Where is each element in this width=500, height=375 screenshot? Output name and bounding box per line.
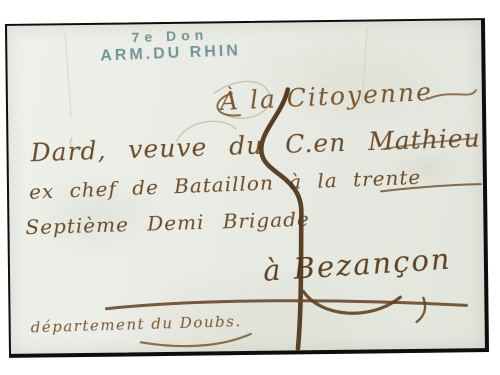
- bezancon-tail-loop: [303, 290, 400, 314]
- citoyenne-tail-swash: [428, 90, 476, 99]
- address-recipient-name: Dard, veuve du C.en Mathieu: [30, 123, 481, 167]
- military-handstamp: 7e Don ARM.DU RHIN: [55, 24, 286, 68]
- departement-underline-flourish: [141, 334, 251, 347]
- address-recipient-title-2: Septième Demi Brigade: [25, 207, 310, 239]
- letter-sheet: 7e Don ARM.DU RHIN À la Citoyenne Dard, …: [5, 18, 489, 358]
- bezancon-comma-stroke: [416, 298, 425, 322]
- address-salutation: À la Citoyenne: [219, 77, 433, 116]
- photo-background: 7e Don ARM.DU RHIN À la Citoyenne Dard, …: [0, 0, 500, 375]
- address-destination-department: département du Doubs.: [30, 312, 241, 336]
- address-destination-city: à Bezançon: [262, 242, 452, 288]
- underline-flourish-long: [106, 298, 466, 309]
- address-recipient-title-1: ex chef de Bataillon à la trente: [29, 165, 422, 204]
